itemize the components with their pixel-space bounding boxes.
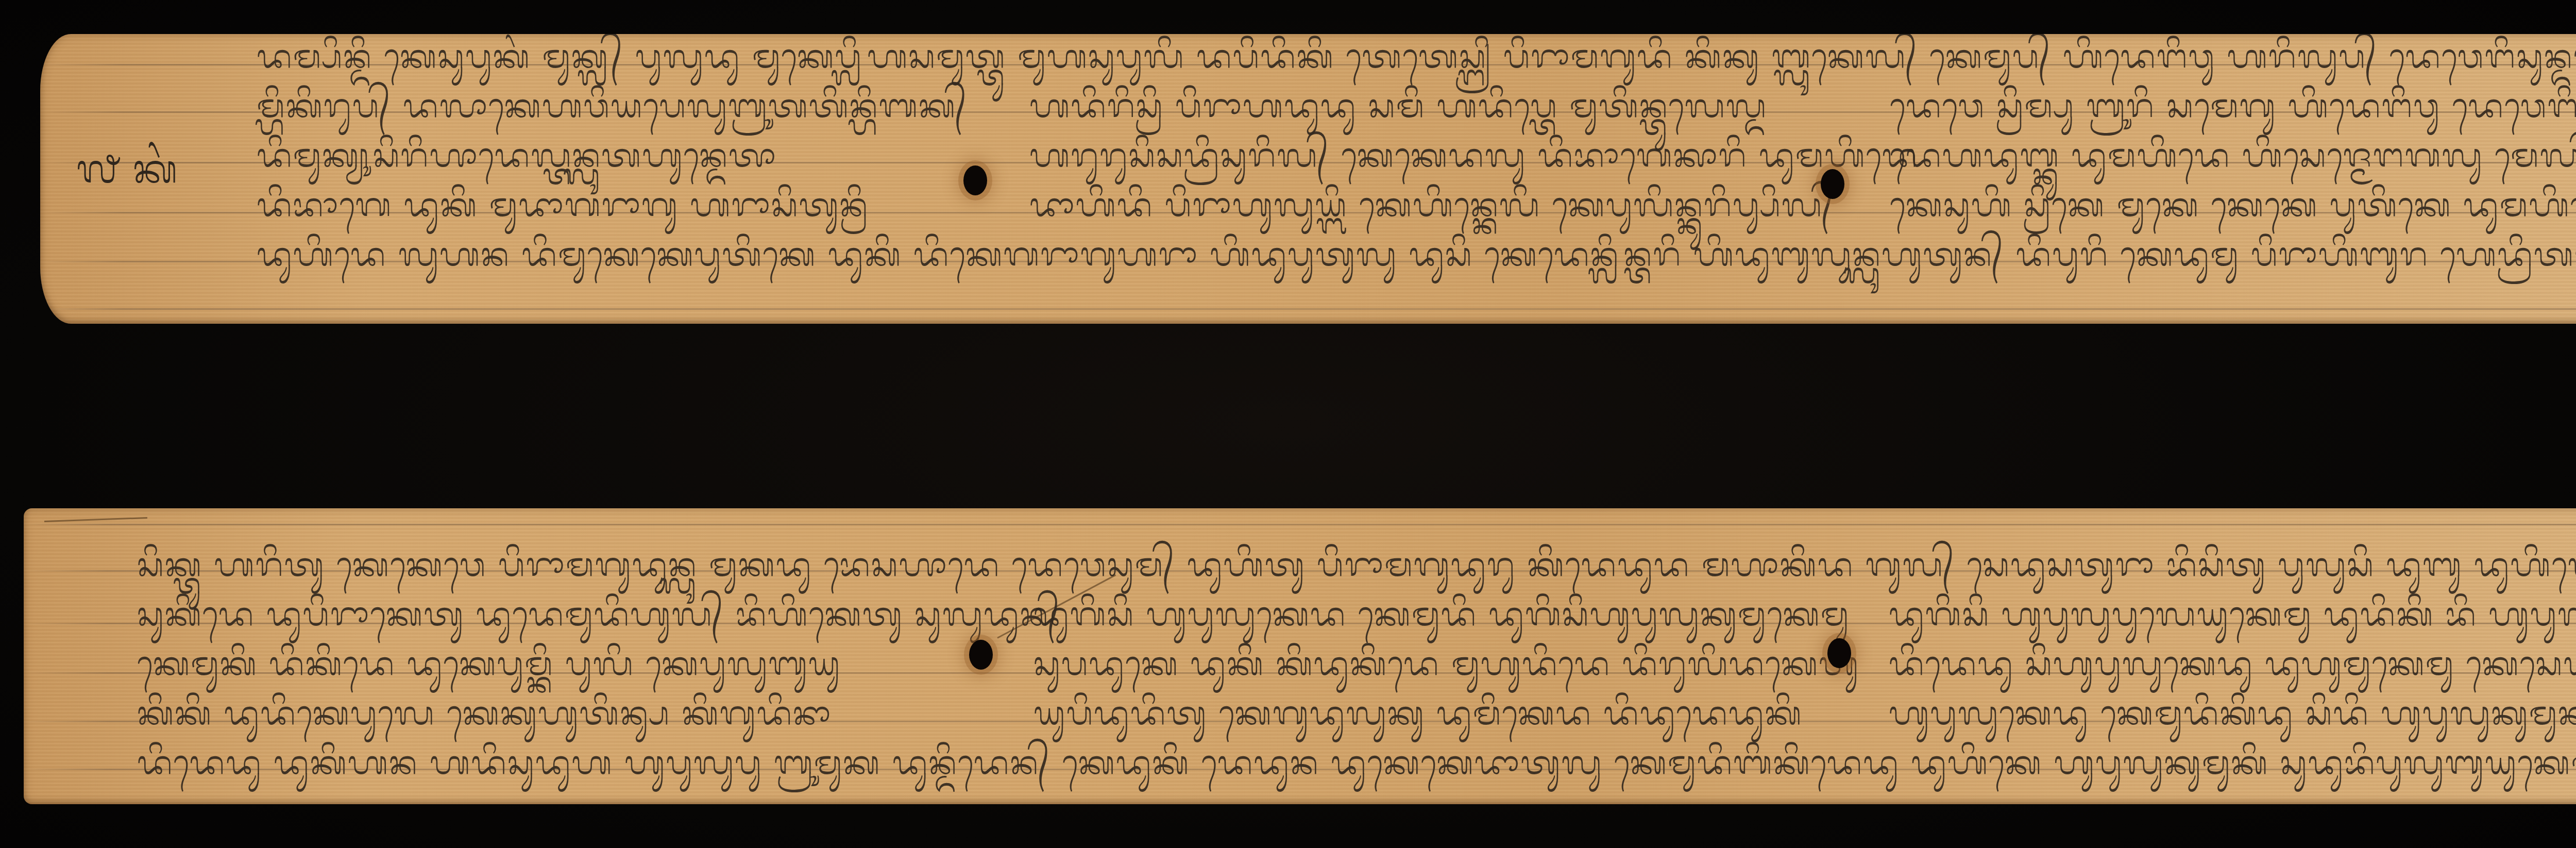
text-line-5: ᬤᬸᬳᬶᬤᬾ ᬮᬸᬳᬦ ᬤᬶᬫᬸᬓᬾᬓᬾᬧᬸᬢᬶᬓᬾ ᬤᬸᬓᬶ ᬤᬶᬓᬾᬕᬭᬵᬕ… — [257, 234, 2576, 275]
text-line-3-right: ᬤᬶᬤᬾᬤᬸ ᬲᬶᬳᬸᬧᬸᬮᬸᬓᬾᬤᬸ ᬤᬸᬳᬸᬫᬸᬓᬾᬫᬸ ᬓᬾᬲᬾᬬᬸ ᬫᬸ… — [1889, 643, 2576, 685]
text-line-4-left: ᬤᬶᬪᬵᬕᬾ ᬤᬸᬓᬶ ᬫᬸᬤᬵᬕᬭᬵᬕᬸ ᬳᬭᬵᬲᬶᬢᬸᬦ᭄ᬭᬶ — [257, 185, 869, 226]
binding-hole — [969, 640, 993, 670]
text-line-4-right: ᬳᬸᬧᬸᬮᬸᬓᬾᬤᬸ ᬓᬾᬫᬸᬤᬶᬓᬶᬤᬸ ᬲᬶᬤᬶ ᬳᬸᬧᬸᬮᬸᬓᬸᬫᬸᬓᬸᬤ… — [1889, 693, 2576, 734]
binding-hole — [1827, 638, 1851, 668]
text-line-2-middle: ᬳᬤᬶᬭᬶᬲ᭄ᬭᬶ ᬧᬶᬭᬵᬳᬤᬸᬤᬸ ᬲᬫᬶ ᬳᬤᬶᬧ᭄ᬢᬾ ᬫᬸᬢᬶᬦ᭄ᬢᬸ… — [1029, 86, 1767, 127]
text-line-3-right: ᬤᬾᬳᬤᬸᬩ᭄ᬓᬸ ᬤᬸᬫᬳᬶᬤᬾ ᬳᬶᬲᬾᬚ᭄ᬫᬾᬗᬕᬮᬸ ᬫᬾᬮ᭄ ᬤᬮᬵᬤ — [1890, 135, 2576, 176]
text-line-5: ᬤᬶᬤᬾᬤᬸ ᬤᬸᬓᬶᬳᬦ ᬳᬤᬶᬲᬸᬤᬸᬳ ᬳᬸᬧᬸᬮᬸᬧᬸ ᬩ᭄ᬭᬸᬫᬸᬓ … — [137, 742, 2576, 784]
text-line-1: ᬤᬫ᭄ᬧᬶᬦ᭄ᬤᬶ ᬓᬾᬲᬸᬧᬸᬓᬂ ᬫᬸᬓ᭄ᬮ᭄ ᬧᬸᬮᬸᬤᬸ ᬫᬸᬓᬾᬧ᭄ᬮ… — [257, 36, 2576, 77]
text-line-2-right: ᬤᬾᬯᬾ ᬲ᭄ᬭᬶᬫ᭄ᬧᬸ ᬩ᭄ᬭᬸᬭᬶ ᬲᬫᬾᬕᬸ ᬳᬶᬤᬾᬗᬶᬯᬸ ᬤᬾᬯᬾ… — [1890, 86, 2576, 127]
ruling-line — [24, 524, 2576, 525]
text-line-2-right: ᬤᬸᬕᬶᬲᬶ ᬳᬸᬧᬸᬮᬸᬧᬸᬮᬾᬬᬸᬓᬾᬫᬸ ᬤᬸᬤᬶᬓᬶ ᬪᬶ ᬳᬸᬧᬸᬮᬸ… — [1889, 594, 2576, 635]
text-line-2-middle: ᬤᬸᬕᬶᬲᬶ ᬳᬸᬧᬸᬮᬸᬓᬾᬤ ᬓᬾᬫᬸᬤᬶ ᬤᬸᬕᬶᬲᬶᬳᬸᬧᬸᬮᬸᬓᬸᬫᬸ… — [1033, 594, 1850, 635]
text-line-4-middle: ᬤᬵᬳᬶᬤᬶ ᬧᬶᬭᬵᬳᬸᬮᬸᬬ᭄ᬩᬶ ᬓᬾᬳᬶᬦ᭄ᬓᬾᬮᬶ ᬓᬾᬧᬸᬮᬶᬦ᭄ᬓ… — [1029, 185, 1834, 226]
text-line-3-left: ᬓᬾᬫᬸᬓᬶ ᬤᬶᬓᬶᬤᬾ ᬤᬸᬓᬾᬧᬸᬫ᭄ᬓᬶ ᬧᬸᬮᬶ ᬓᬾᬧᬸᬮᬸᬩᬸᬬᬸ — [137, 643, 841, 685]
text-line-3-middle: ᬲᬸᬧᬤᬸᬓᬾ ᬤᬸᬓᬶ ᬓᬶᬤᬸᬓᬶᬤᬾ ᬫᬸᬳᬸᬤᬶᬤᬾ ᬤᬶᬭᬸᬮᬶᬤᬓᬾ… — [1033, 643, 1859, 685]
binding-hole — [1821, 169, 1844, 199]
binding-hole — [963, 165, 987, 195]
ruling-line — [40, 308, 2576, 310]
text-line-2-left: ᬲᬸᬓᬶᬤᬾ ᬤᬸᬧᬶᬭᬵᬓᬾᬢᬸ ᬤᬸᬤᬾᬫᬸᬤᬶᬳᬸᬮ᭄ ᬪᬶᬳᬶᬓᬾᬢᬸ … — [137, 594, 1061, 635]
text-line-4-right: ᬓᬾᬲᬸᬳᬶ ᬲ᭄ᬭᬶᬓᬾ ᬫᬸᬓᬾ ᬓᬾᬓᬾ ᬧᬸᬢᬶᬓᬾ ᬤᬸᬫᬳᬶᬤᬾ ᬲ… — [1890, 185, 2576, 226]
palm-leaf-verso: ᬲᬶᬓ᭄ᬢᬸ ᬳᬭᬶᬢᬸ ᬓᬾᬓᬾᬯᬾ ᬧᬶᬭᬵᬫᬕᬸᬤᬸᬦ᭄ᬮᬸ ᬫᬸᬓᬤᬸ … — [24, 508, 2576, 804]
text-line-3-middle: ᬳᬭᬸᬭᬸᬲᬶᬲᬤ᭄ᬭᬶᬲᬸᬭᬶᬮ᭄ ᬓᬾᬓᬾᬤᬮᬸ ᬤᬶᬪᬵᬕᬾᬓᬵᬭᬶ ᬤᬸ… — [1029, 135, 1918, 176]
text-line-4-middle: ᬬᬸᬧᬶᬤᬸᬤᬶᬢᬸ ᬓᬾᬕᬸᬤᬸᬮᬸᬓᬸ ᬤᬸᬫᬶᬓᬾᬤ ᬤᬶᬤᬸᬤᬾᬤᬸᬓᬶ — [1033, 693, 1803, 734]
text-line-4-left: ᬓᬶᬓᬶ ᬤᬸᬤᬶᬓᬾᬧᬸᬮᬾ ᬓᬾᬓᬸᬳᬸᬢᬶᬦ᭄ᬲ ᬓᬶᬕᬸᬤᬶᬦᬵ — [137, 693, 832, 734]
leaf-crack — [44, 517, 147, 522]
folio-number: ᭗ ᬓᬂ — [76, 148, 178, 190]
text-line-3-left: ᬤᬶᬫᬸᬓ᭄ᬬᬸᬲᬶᬭᬶᬳᬵᬤᬾᬮ᭄ᬢᬦ᭄ᬮᬸᬢᬳᬸᬦ᭄ᬤᬾᬢᬵ — [257, 135, 777, 176]
text-line-1: ᬲᬶᬓ᭄ᬢᬸ ᬳᬭᬶᬢᬸ ᬓᬾᬓᬾᬯᬾ ᬧᬶᬭᬵᬫᬕᬸᬤᬸᬦ᭄ᬮᬸ ᬫᬸᬓᬤᬸ … — [137, 544, 2576, 586]
text-line-2-left: ᬫ᭄ᬳᬶᬓᬶᬭᬸᬧ᭄ ᬤᬮᬵᬓᬾᬳᬯᬶᬬᬧᬾᬮᬸᬩ᭄ᬭᬸᬢᬢᬶᬦ᭄ᬳᬶᬩᬓ᭄ — [257, 86, 968, 127]
palm-leaf-recto: ᭗ ᬓᬂ ᬤᬫ᭄ᬧᬶᬦ᭄ᬤᬶ ᬓᬾᬲᬸᬧᬸᬓᬂ ᬫᬸᬓ᭄ᬮ᭄ ᬧᬸᬮᬸᬤᬸ ᬫᬸ… — [40, 34, 2576, 324]
